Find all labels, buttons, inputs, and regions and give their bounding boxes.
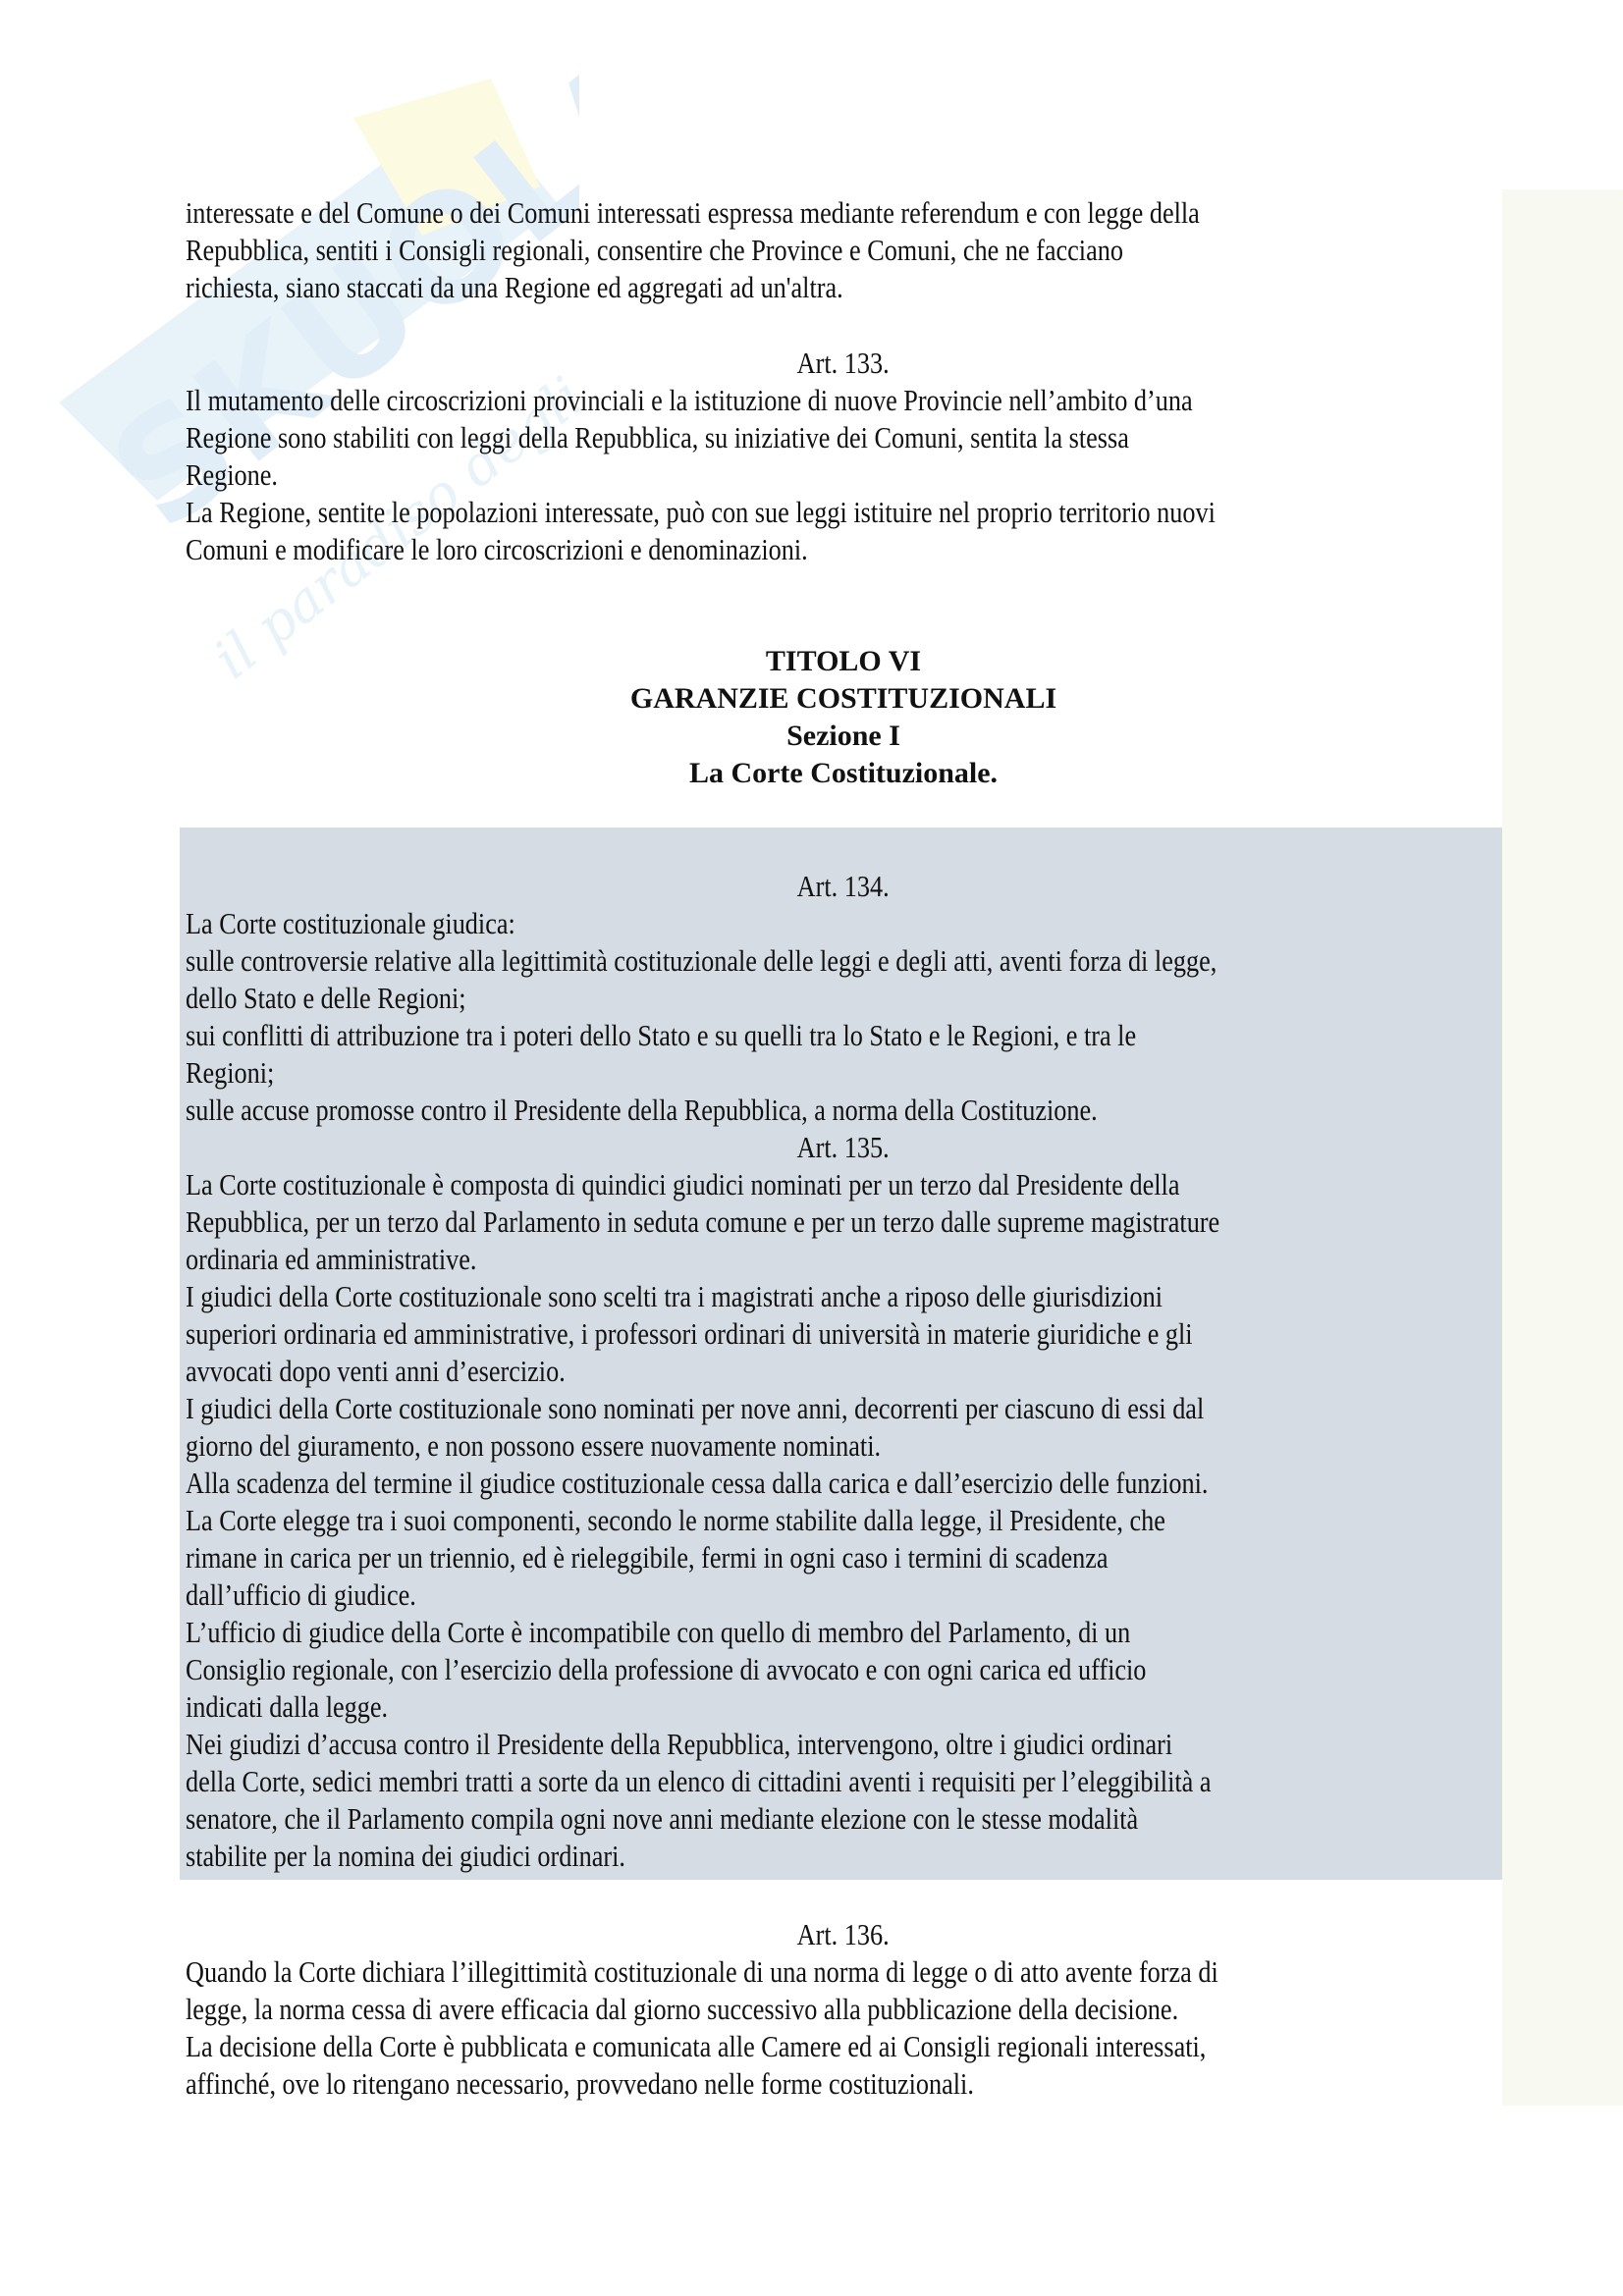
text-line: Repubblica, per un terzo dal Parlamento …	[186, 1203, 1219, 1241]
text-line: La Corte costituzionale è composta di qu…	[186, 1166, 1179, 1203]
text-line: sulle controversie relative alla legitti…	[186, 942, 1217, 980]
text-line: L’ufficio di giudice della Corte è incom…	[186, 1614, 1130, 1651]
text-line: rimane in carica per un triennio, ed è r…	[186, 1539, 1109, 1576]
sezione-heading: Sezione I	[186, 718, 1501, 755]
text-line: sui conflitti di attribuzione tra i pote…	[186, 1017, 1136, 1054]
text-line: sulle accuse promosse contro il Presiden…	[186, 1092, 1098, 1129]
text-line: Consiglio regionale, con l’esercizio del…	[186, 1651, 1146, 1688]
titolo-name: GARANZIE COSTITUZIONALI	[186, 680, 1501, 718]
sezione-subtitle: La Corte Costituzionale.	[186, 755, 1501, 792]
text-line: La Corte elegge tra i suoi componenti, s…	[186, 1502, 1165, 1539]
article-title: Art. 136.	[186, 1916, 1501, 1953]
article-title: Art. 133.	[186, 345, 1501, 382]
text-line: legge, la norma cessa di avere efficacia…	[186, 1991, 1178, 2028]
article-title: Art. 134.	[186, 868, 1501, 905]
text-line: della Corte, sedici membri tratti a sort…	[186, 1763, 1211, 1800]
text-line: Alla scadenza del termine il giudice cos…	[186, 1465, 1208, 1502]
text-line: Comuni e modificare le loro circoscrizio…	[186, 531, 808, 568]
text-line: Regione sono stabiliti con leggi della R…	[186, 419, 1129, 456]
text-line: stabilite per la nomina dei giudici ordi…	[186, 1838, 625, 1875]
text-line: La Regione, sentite le popolazioni inter…	[186, 494, 1216, 531]
text-line: superiori ordinaria ed amministrative, i…	[186, 1315, 1193, 1353]
text-line: avvocati dopo venti anni d’esercizio.	[186, 1353, 566, 1390]
text-line: Quando la Corte dichiara l’illegittimità…	[186, 1953, 1218, 1991]
article-title: Art. 135.	[186, 1129, 1501, 1166]
text-line: Nei giudizi d’accusa contro il President…	[186, 1726, 1172, 1763]
text-line: senatore, che il Parlamento compila ogni…	[186, 1800, 1138, 1838]
titolo-heading: TITOLO VI	[186, 643, 1501, 680]
text-line: Regione.	[186, 456, 278, 494]
text-line: I giudici della Corte costituzionale son…	[186, 1390, 1204, 1427]
text-line: giorno del giuramento, e non possono ess…	[186, 1427, 881, 1465]
text-line: ordinaria ed amministrative.	[186, 1241, 476, 1278]
text-line: Il mutamento delle circoscrizioni provin…	[186, 382, 1193, 419]
text-line: Regioni;	[186, 1054, 274, 1092]
text-line: Repubblica, sentiti i Consigli regionali…	[186, 232, 1123, 269]
text-line: richiesta, siano staccati da una Regione…	[186, 269, 843, 306]
right-margin-panel	[1502, 189, 1623, 2106]
text-line: I giudici della Corte costituzionale son…	[186, 1278, 1163, 1315]
text-line: dello Stato e delle Regioni;	[186, 980, 466, 1017]
text-line: La decisione della Corte è pubblicata e …	[186, 2028, 1206, 2065]
text-line: La Corte costituzionale giudica:	[186, 905, 515, 942]
text-line: dall’ufficio di giudice.	[186, 1576, 416, 1614]
text-line: indicati dalla legge.	[186, 1688, 388, 1726]
text-line: interessate e del Comune o dei Comuni in…	[186, 194, 1200, 232]
text-line: affinché, ove lo ritengano necessario, p…	[186, 2065, 974, 2103]
